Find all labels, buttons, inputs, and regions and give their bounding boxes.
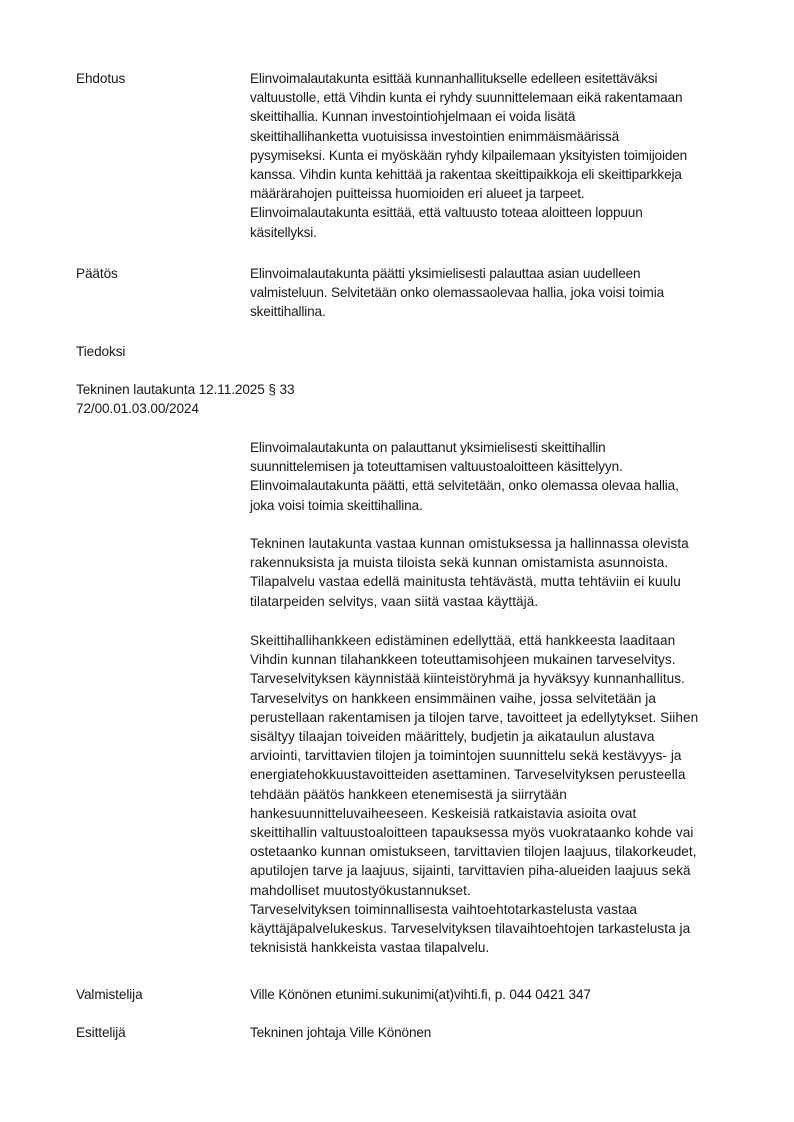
text-line: skeittihallihanketta vuotuisissa investo… xyxy=(250,127,750,146)
preparer-contact: Ville Könönen etunimi.sukunimi(at)vihti.… xyxy=(250,985,750,1004)
meeting-reference: Tekninen lautakunta 12.11.2025 § 33 xyxy=(76,380,294,399)
text-line: hankesuunnitteluvaiheeseen. Keskeisiä ra… xyxy=(250,804,750,823)
text-line: skeittihallia. Kunnan investointiohjelma… xyxy=(250,107,750,126)
text-line: Elinvoimalautakunta on palauttanut yksim… xyxy=(250,438,750,457)
text-line: tehdään päätös hankkeen etenemisestä ja … xyxy=(250,785,750,804)
text-line: valtuustolle, että Vihdin kunta ei ryhdy… xyxy=(250,88,750,107)
text-line: rakennuksista ja muista tiloista sekä ku… xyxy=(250,553,750,572)
text-line: skeittihallina. xyxy=(250,302,750,321)
text-line: käsitellyksi. xyxy=(250,223,750,242)
text-line: aputilojen tarve ja laajuus, sijainti, t… xyxy=(250,861,750,880)
text-line: Tarveselvityksen toiminnallisesta vaihto… xyxy=(250,900,750,919)
text-line: määrärahojen puitteissa huomioiden eri a… xyxy=(250,184,750,203)
text-line: Tekninen lautakunta vastaa kunnan omistu… xyxy=(250,534,750,553)
text-line: Elinvoimalautakunta päätti, että selvite… xyxy=(250,476,750,495)
text-line: arviointi, tarvittavien tilojen ja toimi… xyxy=(250,746,750,765)
text-line: sisältyy tilaajan toiveiden määrittely, … xyxy=(250,727,750,746)
paragraph-2-body: Tekninen lautakunta vastaa kunnan omistu… xyxy=(250,534,750,611)
presenter: Tekninen johtaja Ville Könönen xyxy=(250,1023,750,1042)
text-line: Vihdin kunnan tilahankkeen toteuttamisoh… xyxy=(250,650,750,669)
text-line: energiatehokkuustavoitteiden asettaminen… xyxy=(250,765,750,784)
text-line: suunnittelemisen ja toteuttamisen valtuu… xyxy=(250,457,750,476)
text-line: Tarveselvityksen käynnistää kiinteistöry… xyxy=(250,669,750,688)
section-body-paatos: Elinvoimalautakunta päätti yksimielisest… xyxy=(250,264,750,322)
text-line: ostetaanko kunnan omistukseen, tarvittav… xyxy=(250,842,750,861)
text-line: joka voisi toimia skeittihallina. xyxy=(250,496,750,515)
text-line: pysymiseksi. Kunta ei myöskään ryhdy kil… xyxy=(250,146,750,165)
text-line: perustellaan rakentamisen ja tilojen tar… xyxy=(250,708,750,727)
case-number: 72/00.01.03.00/2024 xyxy=(76,399,199,418)
section-label-tiedoksi: Tiedoksi xyxy=(76,342,125,361)
paragraph-3-body: Skeittihallihankkeen edistäminen edellyt… xyxy=(250,631,750,957)
text-line: tilatarpeiden selvitys, vaan siitä vasta… xyxy=(250,592,750,611)
text-line: Elinvoimalautakunta esittää kunnanhallit… xyxy=(250,69,750,88)
text-line: teknisistä hankkeista vastaa tilapalvelu… xyxy=(250,938,750,957)
text-line: skeittihallin valtuustoaloitteen tapauks… xyxy=(250,823,750,842)
section-label-esittelija: Esittelijä xyxy=(76,1023,126,1042)
text-line: kanssa. Vihdin kunta kehittää ja rakenta… xyxy=(250,165,750,184)
text-line: käyttäjäpalvelukeskus. Tarveselvityksen … xyxy=(250,919,750,938)
text-line: Tilapalvelu vastaa edellä mainitusta teh… xyxy=(250,572,750,591)
text-line: mahdolliset muutostyökustannukset. xyxy=(250,881,750,900)
text-line: Elinvoimalautakunta päätti yksimielisest… xyxy=(250,264,750,283)
text-line: Skeittihallihankkeen edistäminen edellyt… xyxy=(250,631,750,650)
section-body-ehdotus: Elinvoimalautakunta esittää kunnanhallit… xyxy=(250,69,750,242)
text-line: Tarveselvitys on hankkeen ensimmäinen va… xyxy=(250,689,750,708)
section-label-paatos: Päätös xyxy=(76,264,118,283)
section-label-ehdotus: Ehdotus xyxy=(76,69,125,88)
text-line: Elinvoimalautakunta esittää, että valtuu… xyxy=(250,203,750,222)
section-label-valmistelija: Valmistelija xyxy=(76,985,143,1004)
text-line: valmisteluun. Selvitetään onko olemassao… xyxy=(250,283,750,302)
paragraph-1-body: Elinvoimalautakunta on palauttanut yksim… xyxy=(250,438,750,515)
document-page: Ehdotus Elinvoimalautakunta esittää kunn… xyxy=(0,0,794,1122)
